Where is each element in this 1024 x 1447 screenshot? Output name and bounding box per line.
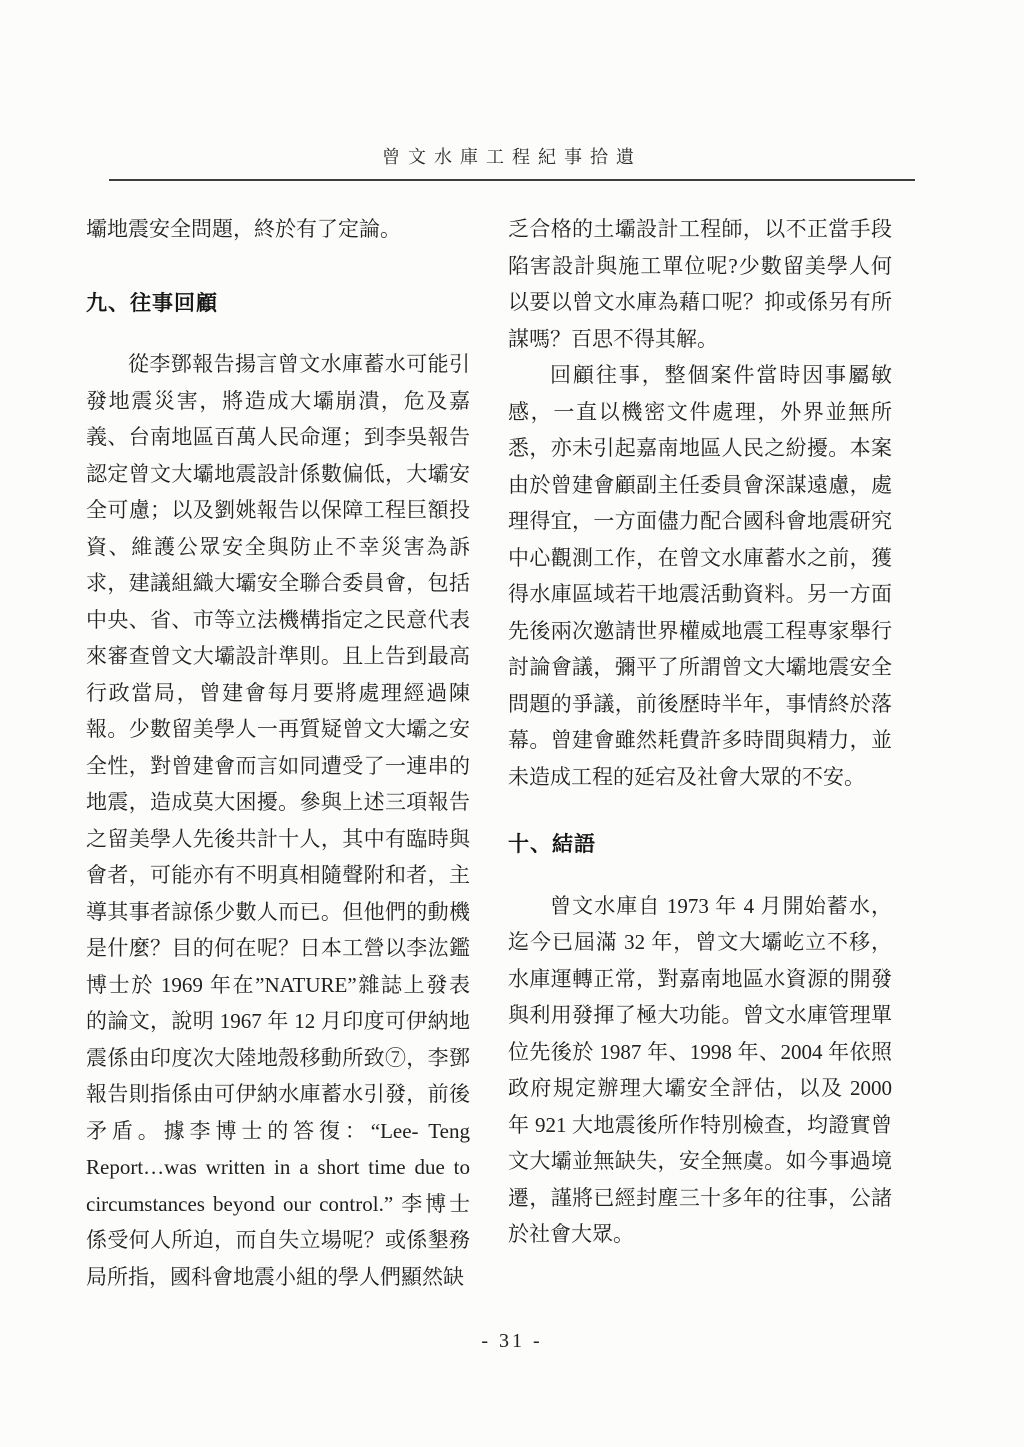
- page-number: - 31 -: [0, 1330, 1024, 1353]
- section-heading-10: 十、結語: [508, 827, 892, 864]
- section-heading-9: 九、往事回顧: [86, 286, 470, 323]
- left-column: 壩地震安全問題，終於有了定論。 九、往事回顧 從李鄧報告揚言曾文水庫蓄水可能引發…: [86, 211, 470, 1295]
- left-intro-line: 壩地震安全問題，終於有了定論。: [86, 211, 470, 248]
- two-column-body: 壩地震安全問題，終於有了定論。 九、往事回顧 從李鄧報告揚言曾文水庫蓄水可能引發…: [0, 181, 930, 1295]
- section-9-paragraph: 從李鄧報告揚言曾文水庫蓄水可能引發地震災害，將造成大壩崩潰，危及嘉義、台南地區百…: [86, 346, 470, 1295]
- page-header: 曾文水庫工程紀事拾遺: [0, 0, 1024, 181]
- conclusion-paragraph: 曾文水庫自 1973 年 4 月開始蓄水，迄今已屆滿 32 年，曾文大壩屹立不移…: [508, 888, 892, 1253]
- right-column: 乏合格的土壩設計工程師，以不正當手段陷害設計與施工單位呢?少數留美學人何以要以曾…: [508, 211, 892, 1295]
- right-continuation-paragraph: 乏合格的土壩設計工程師，以不正當手段陷害設計與施工單位呢?少數留美學人何以要以曾…: [508, 211, 892, 357]
- review-paragraph: 回顧往事，整個案件當時因事屬敏感，一直以機密文件處理，外界並無所悉，亦未引起嘉南…: [508, 357, 892, 795]
- document-page: 曾文水庫工程紀事拾遺 壩地震安全問題，終於有了定論。 九、往事回顧 從李鄧報告揚…: [0, 0, 1024, 1447]
- page-header-title: 曾文水庫工程紀事拾遺: [0, 144, 1024, 170]
